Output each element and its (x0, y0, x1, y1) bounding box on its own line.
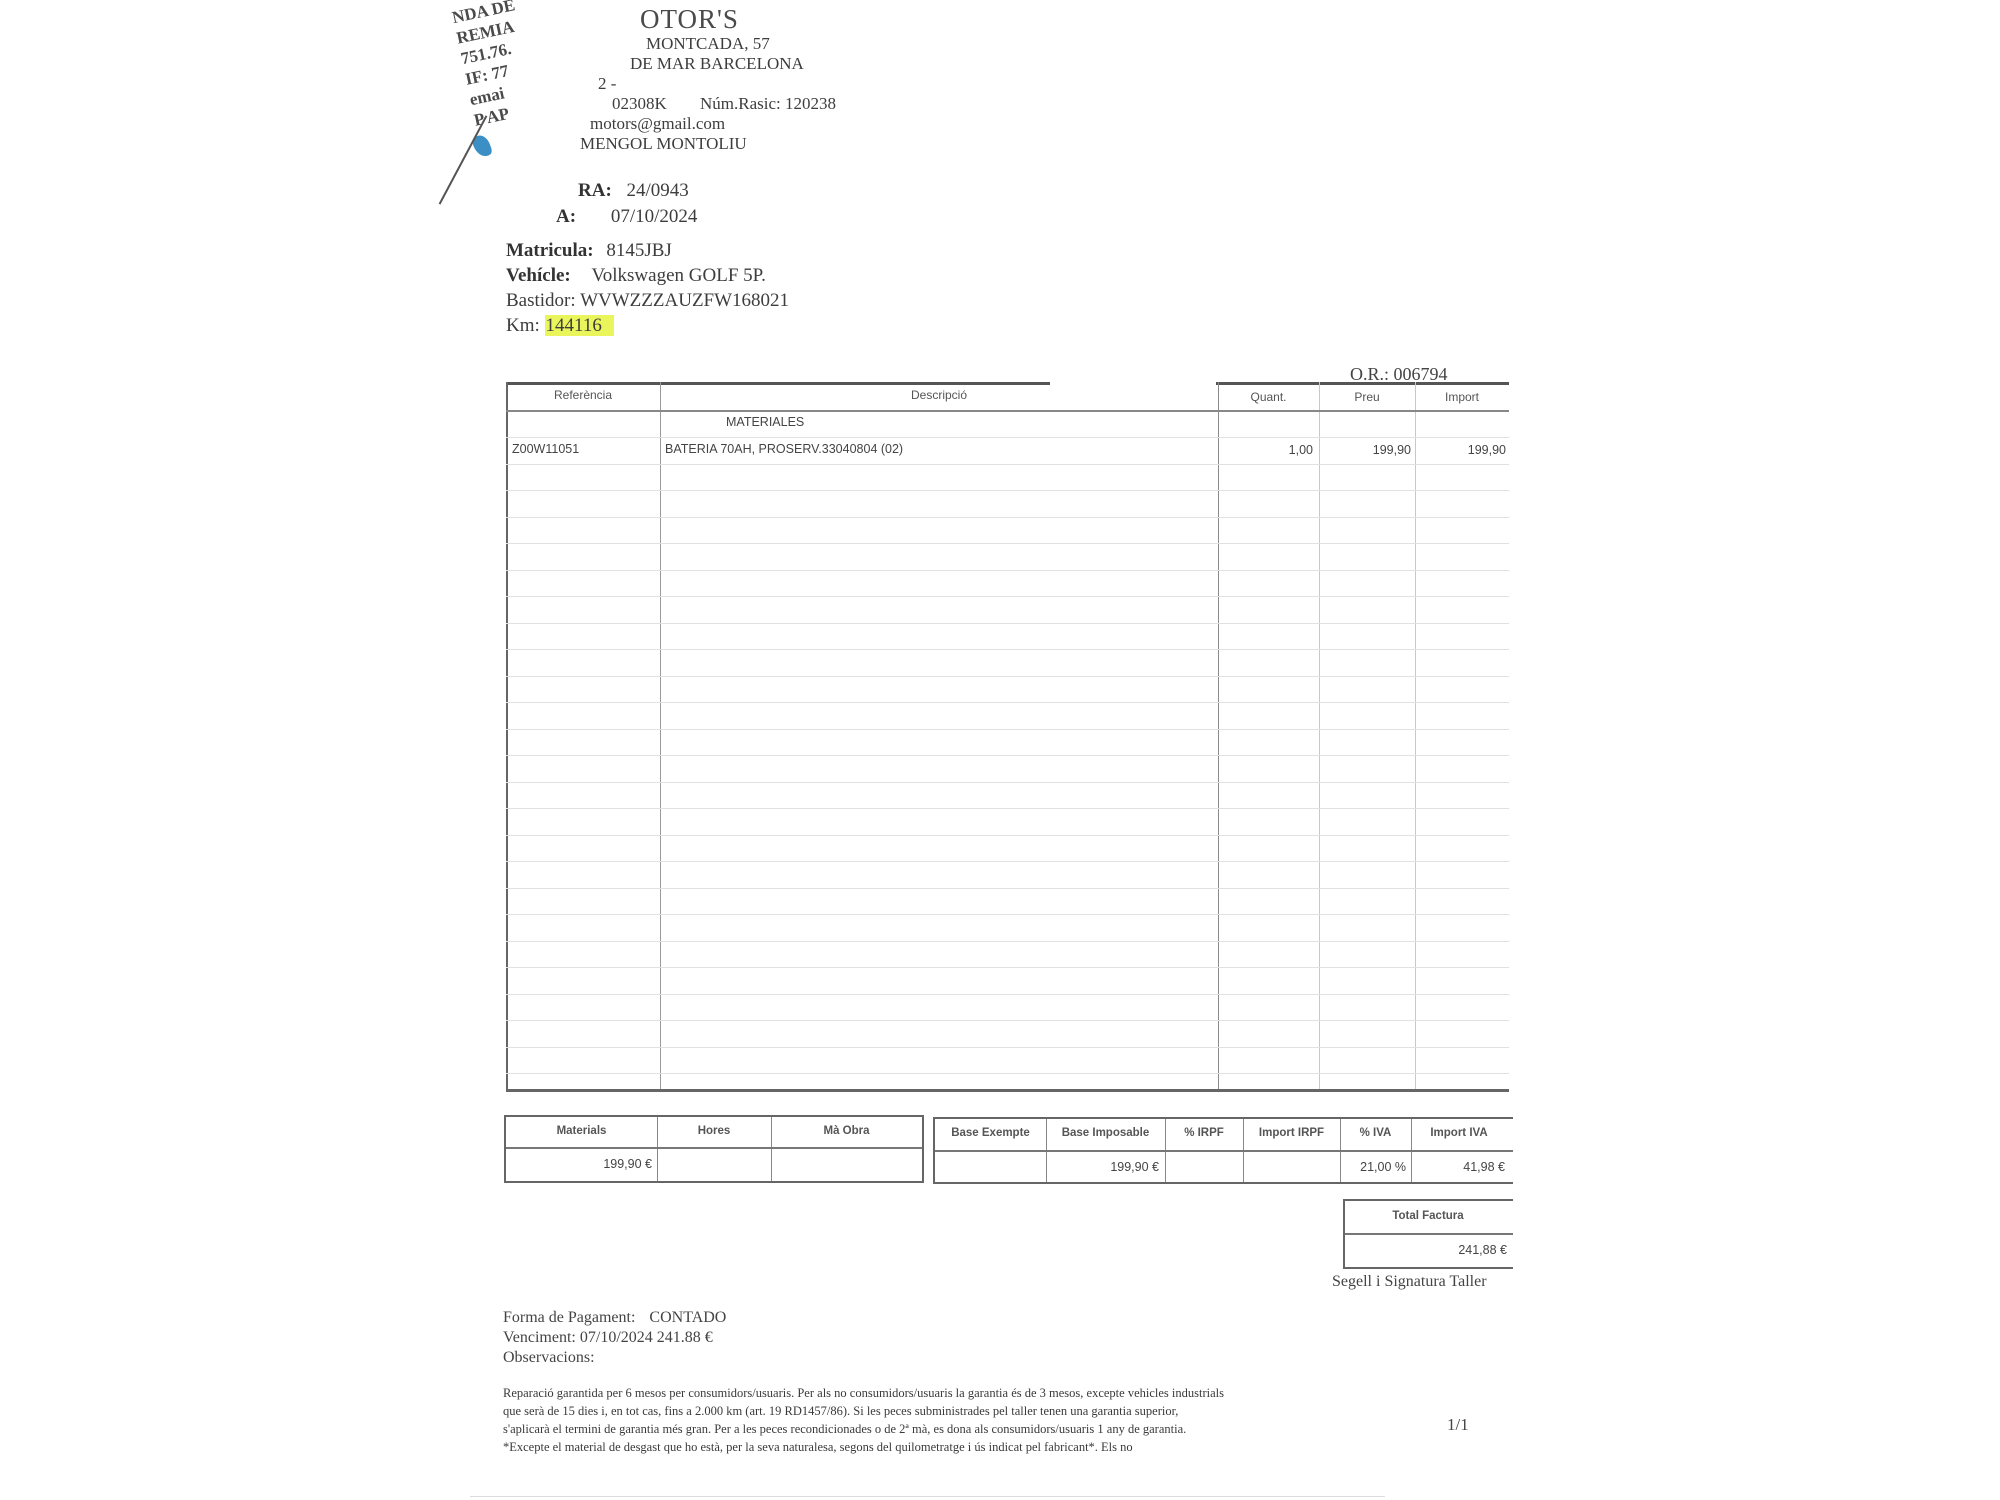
observations-label: Observacions: (503, 1348, 595, 1368)
work-order-value: 006794 (1394, 364, 1448, 384)
row-rule (506, 729, 1509, 730)
row-amount: 199,90 (1415, 443, 1506, 457)
payment-due-label: Venciment: (503, 1329, 576, 1346)
page-bottom-edge (470, 1496, 1385, 1497)
row-price: 199,90 (1319, 443, 1411, 457)
warranty-line: *Excepte el material de desgast que ho e… (503, 1438, 1224, 1456)
col-header-amount: Import (1415, 390, 1509, 404)
invoice-number-value: 24/0943 (627, 180, 689, 201)
col-header-description: Descripció (660, 388, 1218, 402)
col-header-reference: Referència (506, 388, 660, 402)
chassis-label: Bastidor: (506, 290, 576, 311)
row-quantity: 1,00 (1218, 443, 1313, 457)
section-label: MATERIALES (726, 415, 804, 429)
work-order-label: O.R.: (1350, 364, 1389, 384)
col-header-quantity: Quant. (1218, 390, 1319, 404)
header-divider (506, 410, 1509, 412)
vat-rate-label: % IVA (1340, 1127, 1411, 1139)
col-divider (1218, 382, 1219, 1092)
row-rule (506, 1073, 1509, 1074)
col-divider (1415, 382, 1416, 1092)
row-rule (506, 888, 1509, 889)
company-email: motors@gmail.com (590, 114, 725, 134)
invoice-total-box: Total Factura 241,88 € (1343, 1199, 1513, 1269)
row-description: BATERIA 70AH, PROSERV.33040804 (02) (665, 442, 903, 456)
company-rasic: Núm.Rasic: 120238 (700, 94, 836, 114)
row-rule (506, 676, 1509, 677)
summary-materials-box: Materials Hores Mà Obra 199,90 € (504, 1115, 924, 1183)
warranty-line: que serà de 15 dies i, en tot cas, fins … (503, 1402, 1224, 1420)
company-stamp: NDA DE REMIA 751.76. IF: 77 emai P AP (450, 0, 580, 203)
vehicle-chassis: Bastidor: WVWZZZAUZFW168021 (506, 290, 789, 312)
invoice-date: A: 07/10/2024 (556, 206, 697, 228)
signature-label: Segell i Signatura Taller (1332, 1272, 1487, 1292)
warranty-text: Reparació garantida per 6 mesos per cons… (503, 1384, 1224, 1456)
invoice-date-label: A: (556, 206, 576, 227)
row-rule (506, 1020, 1509, 1021)
materials-value: 199,90 € (506, 1157, 652, 1171)
plate-value: 8145JBJ (606, 240, 671, 261)
invoice-number: RA: 24/0943 (578, 180, 689, 202)
payment-method-label: Forma de Pagament: (503, 1309, 635, 1326)
row-rule (506, 517, 1509, 518)
row-rule (506, 861, 1509, 862)
taxable-base-label: Base Imposable (1046, 1127, 1165, 1139)
company-name: OTOR'S (640, 4, 739, 35)
table-left-border (506, 382, 508, 1092)
hours-label: Hores (657, 1125, 771, 1137)
chassis-value: WVWZZZAUZFW168021 (580, 290, 789, 311)
row-rule (506, 782, 1509, 783)
row-rule (506, 914, 1509, 915)
payment-due-value: 07/10/2024 241.88 € (580, 1329, 713, 1346)
irpf-rate-label: % IRPF (1165, 1127, 1243, 1139)
row-rule (506, 941, 1509, 942)
plate-label: Matricula: (506, 240, 594, 261)
row-rule (506, 649, 1509, 650)
row-divider (1345, 1233, 1513, 1235)
payment-method: Forma de Pagament: CONTADO (503, 1308, 726, 1328)
irpf-amount-label: Import IRPF (1243, 1127, 1340, 1139)
row-rule (506, 702, 1509, 703)
row-rule (506, 464, 1509, 465)
vat-rate-value: 21,00 % (1340, 1160, 1406, 1174)
company-address: MONTCADA, 57 (646, 34, 770, 54)
vehicle-model: Vehícle: Volkswagen GOLF 5P. (506, 265, 766, 287)
row-rule (506, 1047, 1509, 1048)
row-divider (935, 1150, 1513, 1152)
table-bottom-border (506, 1089, 1509, 1092)
vehicle-km: Km: 144116 (506, 315, 614, 337)
warranty-line: Reparació garantida per 6 mesos per cons… (503, 1384, 1224, 1402)
row-divider (506, 1147, 922, 1149)
total-label: Total Factura (1345, 1210, 1511, 1222)
col-header-price: Preu (1319, 390, 1415, 404)
row-rule (506, 967, 1509, 968)
row-rule (506, 808, 1509, 809)
company-city: DE MAR BARCELONA (630, 54, 804, 74)
km-value: 144116 (545, 315, 614, 336)
col-divider (1319, 382, 1320, 1092)
vehicle-plate: Matricula: 8145JBJ (506, 240, 672, 262)
vehicle-label: Vehícle: (506, 265, 571, 286)
row-rule (506, 543, 1509, 544)
km-label: Km: (506, 315, 540, 336)
taxable-base-value: 199,90 € (1046, 1160, 1159, 1174)
labour-label: Mà Obra (771, 1125, 922, 1137)
vehicle-value: Volkswagen GOLF 5P. (591, 265, 765, 286)
row-rule (506, 490, 1509, 491)
invoice-number-label: RA: (578, 180, 612, 201)
rasic-value: 120238 (785, 94, 836, 113)
stamp-border-line (439, 115, 488, 204)
row-rule (506, 623, 1509, 624)
row-rule (506, 835, 1509, 836)
row-rule (506, 596, 1509, 597)
warranty-line: s'aplicarà el termini de garantia més gr… (503, 1420, 1224, 1438)
row-rule (506, 437, 1509, 438)
table-top-border (1216, 382, 1509, 385)
company-nif: 02308K (612, 94, 667, 114)
vat-amount-value: 41,98 € (1411, 1160, 1505, 1174)
row-rule (506, 994, 1509, 995)
company-phone: 2 - (598, 74, 616, 94)
row-rule (506, 755, 1509, 756)
table-top-border (506, 382, 1050, 385)
invoice-date-value: 07/10/2024 (611, 206, 698, 227)
row-reference: Z00W11051 (512, 442, 579, 456)
row-rule (506, 570, 1509, 571)
payment-method-value: CONTADO (649, 1309, 726, 1326)
col-divider (660, 382, 661, 1092)
summary-tax-box: Base Exempte Base Imposable % IRPF Impor… (933, 1117, 1513, 1184)
total-value: 241,88 € (1345, 1243, 1507, 1257)
base-exempt-label: Base Exempte (935, 1127, 1046, 1139)
materials-label: Materials (506, 1125, 657, 1137)
rasic-label: Núm.Rasic: (700, 94, 781, 113)
page-indicator: 1/1 (1447, 1415, 1469, 1435)
line-items-table: Referència Descripció Quant. Preu Import… (506, 382, 1509, 1092)
company-owner: MENGOL MONTOLIU (580, 134, 747, 154)
vat-amount-label: Import IVA (1411, 1127, 1507, 1139)
payment-due: Venciment: 07/10/2024 241.88 € (503, 1328, 713, 1348)
